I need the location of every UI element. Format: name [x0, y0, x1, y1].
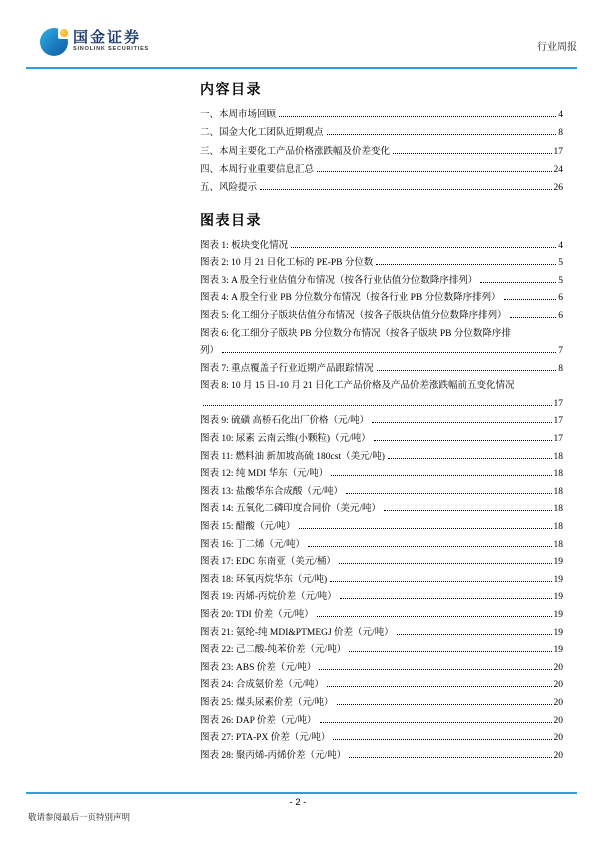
toc-entry-page: 19 — [554, 575, 564, 588]
logo-company-name-cn: 国金证券 — [73, 30, 149, 45]
content-toc-title: 内容目录 — [200, 79, 563, 99]
toc-entry-page: 20 — [554, 680, 564, 693]
toc-entry-label: 图表 2: 10 月 21 日化工标的 PE-PB 分位数 — [200, 254, 373, 271]
toc-entry-label: 图表 4: A 股全行业 PB 分位数分布情况（按各行业 PB 分位数降序排列） — [200, 289, 501, 306]
toc-entry-line[interactable]: 图表 5: 化工细分子版块估值分布情况（按各子版块估值分位数降序排列）6 — [200, 306, 563, 324]
toc-entry-line[interactable]: 图表 19: 丙烯-丙烷价差（元/吨）19 — [200, 588, 563, 606]
toc-entry-label: 列） — [200, 342, 219, 359]
toc-entry-label: 图表 7: 重点覆盖子行业近期产品跟踪情况 — [200, 360, 374, 377]
toc-leader-dots — [504, 299, 557, 300]
toc-entry-page: 19 — [554, 628, 564, 641]
toc-entry-line[interactable]: 图表 27: PTA-PX 价差（元/吨）20 — [200, 729, 563, 747]
toc-leader-dots — [480, 282, 556, 283]
toc-entry-label: 图表 20: TDI 价差（元/吨） — [200, 606, 314, 623]
toc-entry-label: 四、本周行业重要信息汇总 — [200, 161, 314, 178]
toc-entry-page: 20 — [554, 698, 564, 711]
toc-entry-page: 6 — [558, 293, 563, 306]
toc-entry-line[interactable]: 图表 9: 硫磺 高桥石化出厂价格（元/吨）17 — [200, 412, 563, 430]
toc-entry-page: 18 — [554, 487, 564, 500]
toc-entry-label: 图表 24: 合成氨价差（元/吨） — [200, 676, 324, 693]
page-header: 国金证券 SINOLINK SECURITIES 行业周报 — [40, 28, 577, 56]
figure-toc-title: 图表目录 — [200, 210, 563, 230]
logo-orange-dot-icon — [60, 29, 68, 37]
logo-text: 国金证券 SINOLINK SECURITIES — [73, 30, 149, 55]
toc-entry-label: 图表 11: 燃料油 新加坡高硫 180cst（美元/吨) — [200, 448, 385, 465]
toc-leader-dots — [393, 153, 551, 154]
toc-leader-dots — [346, 493, 551, 494]
toc-entry-line[interactable]: 一、本周市场回顾4 — [200, 105, 563, 123]
toc-entry-label: 图表 5: 化工细分子版块估值分布情况（按各子版块估值分位数降序排列） — [200, 307, 507, 324]
toc-entry-line[interactable]: 图表 21: 氨纶-纯 MDI&PTMEGJ 价差（元/吨）19 — [200, 623, 563, 641]
toc-entry-line[interactable]: 图表 20: TDI 价差（元/吨）19 — [200, 605, 563, 623]
toc-entry-label: 图表 23: ABS 价差（元/吨） — [200, 659, 316, 676]
toc-entry-page: 20 — [554, 733, 564, 746]
toc-leader-dots — [319, 669, 551, 670]
toc-entry-line[interactable]: 图表 25: 煤头尿素价差（元/吨）20 — [200, 693, 563, 711]
toc-leader-dots — [510, 317, 557, 318]
toc-entry-line[interactable]: 图表 6: 化工细分子版块 PB 分位数分布情况（按各子版块 PB 分位数降序排 — [200, 324, 563, 342]
toc-leader-dots — [222, 352, 556, 353]
toc-entry-line[interactable]: 二、国金大化工团队近期观点8 — [200, 123, 563, 141]
toc-leader-dots — [388, 458, 552, 459]
toc-entry-label: 图表 18: 环氧丙烷华东（元/吨) — [200, 571, 327, 588]
toc-entry-page: 18 — [554, 540, 564, 553]
toc-entry-page: 20 — [554, 663, 564, 676]
toc-entry-line[interactable]: 图表 11: 燃料油 新加坡高硫 180cst（美元/吨)18 — [200, 447, 563, 465]
toc-entry-line[interactable]: 三、本周主要化工产品价格涨跌幅及价差变化17 — [200, 141, 563, 159]
toc-leader-dots — [299, 528, 552, 529]
logo-company-name-en: SINOLINK SECURITIES — [73, 47, 149, 53]
toc-entry-line[interactable]: 图表 10: 尿素 云南云维(小颗粒)（元/吨）17 — [200, 429, 563, 447]
toc-entry-page: 20 — [554, 751, 564, 764]
toc-entry-line[interactable]: 图表 18: 环氧丙烷华东（元/吨)19 — [200, 570, 563, 588]
toc-entry-page: 19 — [554, 610, 564, 623]
toc-entry-label: 图表 14: 五氧化二磷印度合同价（美元/吨） — [200, 500, 381, 517]
toc-leader-dots — [377, 370, 557, 371]
toc-entry-label: 图表 19: 丙烯-丙烷价差（元/吨） — [200, 588, 337, 605]
toc-column: 内容目录 一、本周市场回顾4二、国金大化工团队近期观点8三、本周主要化工产品价格… — [200, 79, 563, 764]
toc-entry-label: 图表 21: 氨纶-纯 MDI&PTMEGJ 价差（元/吨） — [200, 624, 394, 641]
toc-entry-label: 图表 6: 化工细分子版块 PB 分位数分布情况（按各子版块 PB 分位数降序排 — [200, 325, 511, 342]
toc-entry-page: 17 — [554, 434, 564, 447]
toc-entry-line[interactable]: 图表 23: ABS 价差（元/吨）20 — [200, 658, 563, 676]
toc-entry-page: 5 — [558, 258, 563, 271]
toc-entry-page: 17 — [554, 399, 564, 412]
toc-entry-page: 4 — [558, 110, 563, 123]
toc-leader-dots — [279, 116, 556, 117]
toc-leader-dots — [327, 134, 557, 135]
toc-entry-line[interactable]: 图表 13: 盐酸华东合成酸（元/吨）18 — [200, 482, 563, 500]
toc-entry-page: 19 — [554, 645, 564, 658]
toc-leader-dots — [291, 247, 556, 248]
sinolink-logo-icon — [40, 28, 68, 56]
toc-entry-label: 图表 28: 聚丙烯-丙烯价差（元/吨） — [200, 747, 346, 764]
toc-leader-dots — [372, 422, 551, 423]
toc-entry-page: 24 — [554, 165, 564, 178]
toc-entry-label: 图表 15: 醋酸（元/吨） — [200, 518, 296, 535]
toc-entry-page: 18 — [554, 522, 564, 535]
toc-leader-dots — [308, 546, 551, 547]
toc-entry-label: 图表 13: 盐酸华东合成酸（元/吨） — [200, 483, 343, 500]
toc-leader-dots — [376, 264, 556, 265]
toc-leader-dots — [320, 722, 552, 723]
toc-entry-page: 18 — [554, 504, 564, 517]
toc-entry-label: 图表 17: EDC 东南亚（美元/桶） — [200, 553, 336, 570]
header-divider-line — [26, 67, 577, 69]
toc-entry-line[interactable]: 图表 24: 合成氨价差（元/吨）20 — [200, 676, 563, 694]
toc-entry-page: 20 — [554, 716, 564, 729]
toc-leader-dots — [330, 581, 551, 582]
sinolink-logo: 国金证券 SINOLINK SECURITIES — [40, 28, 149, 56]
toc-leader-dots — [327, 686, 551, 687]
toc-leader-dots — [331, 475, 551, 476]
toc-entry-page: 18 — [554, 469, 564, 482]
toc-entry-label: 图表 16: 丁二烯（元/吨） — [200, 536, 305, 553]
toc-entry-label: 图表 27: PTA-PX 价差（元/吨） — [200, 729, 330, 746]
toc-entry-line[interactable]: 图表 22: 己二酸-纯苯价差（元/吨）19 — [200, 641, 563, 659]
toc-entry-line[interactable]: 图表 28: 聚丙烯-丙烯价差（元/吨）20 — [200, 746, 563, 764]
footer-divider-line — [26, 792, 577, 794]
toc-leader-dots — [384, 510, 551, 511]
toc-entry-label: 三、本周主要化工产品价格涨跌幅及价差变化 — [200, 143, 390, 160]
toc-leader-dots — [349, 651, 551, 652]
toc-entry-label: 图表 10: 尿素 云南云维(小颗粒)（元/吨） — [200, 430, 371, 447]
toc-entry-page: 17 — [554, 147, 564, 160]
toc-leader-dots — [260, 189, 551, 190]
toc-leader-dots — [397, 634, 552, 635]
toc-leader-dots — [339, 563, 552, 564]
toc-entry-page: 5 — [558, 276, 563, 289]
footer-disclaimer: 敬请参阅最后一页特别声明 — [28, 811, 130, 823]
toc-entry-page: 7 — [558, 346, 563, 359]
toc-leader-dots — [333, 739, 551, 740]
toc-leader-dots — [317, 616, 552, 617]
toc-entry-label: 一、本周市场回顾 — [200, 106, 276, 123]
toc-entry-line[interactable]: 图表 8: 10 月 15 日-10 月 21 日化工产品价格及产品价差涨跌幅前… — [200, 377, 563, 395]
toc-leader-dots — [374, 440, 552, 441]
toc-entry-line[interactable]: 图表 17: EDC 东南亚（美元/桶）19 — [200, 553, 563, 571]
toc-entry-line[interactable]: 五、风险提示26 — [200, 178, 563, 196]
toc-entry-page: 6 — [558, 311, 563, 324]
toc-entry-line[interactable]: 图表 2: 10 月 21 日化工标的 PE-PB 分位数5 — [200, 254, 563, 272]
toc-leader-dots — [349, 757, 551, 758]
toc-entry-label: 图表 9: 硫磺 高桥石化出厂价格（元/吨） — [200, 412, 369, 429]
toc-entry-line[interactable]: 图表 15: 醋酸（元/吨）18 — [200, 517, 563, 535]
toc-entry-label: 图表 3: A 股全行业估值分布情况（按各行业估值分位数降序排列） — [200, 272, 477, 289]
content-toc-list: 一、本周市场回顾4二、国金大化工团队近期观点8三、本周主要化工产品价格涨跌幅及价… — [200, 105, 563, 196]
toc-entry-page: 19 — [554, 592, 564, 605]
toc-entry-page: 8 — [558, 128, 563, 141]
toc-leader-dots — [337, 704, 552, 705]
toc-entry-page: 8 — [558, 364, 563, 377]
toc-entry-page: 4 — [558, 241, 563, 254]
toc-entry-label: 图表 22: 己二酸-纯苯价差（元/吨） — [200, 641, 346, 658]
toc-entry-line[interactable]: 图表 14: 五氧化二磷印度合同价（美元/吨）18 — [200, 500, 563, 518]
toc-leader-dots — [203, 405, 552, 406]
toc-entry-line[interactable]: 17 — [200, 394, 563, 412]
figure-toc-list: 图表 1: 板块变化情况4图表 2: 10 月 21 日化工标的 PE-PB 分… — [200, 236, 563, 764]
toc-entry-line[interactable]: 图表 16: 丁二烯（元/吨）18 — [200, 535, 563, 553]
page-number: - 2 - — [0, 797, 596, 808]
toc-entry-page: 19 — [554, 557, 564, 570]
toc-entry-page: 18 — [554, 452, 564, 465]
toc-entry-label: 图表 8: 10 月 15 日-10 月 21 日化工产品价格及产品价差涨跌幅前… — [200, 377, 515, 394]
toc-entry-label: 图表 26: DAP 价差（元/吨） — [200, 712, 317, 729]
toc-entry-page: 17 — [554, 416, 564, 429]
toc-leader-dots — [340, 598, 552, 599]
toc-entry-line[interactable]: 图表 12: 纯 MDI 华东（元/吨）18 — [200, 465, 563, 483]
toc-entry-label: 五、风险提示 — [200, 179, 257, 196]
toc-entry-label: 图表 25: 煤头尿素价差（元/吨） — [200, 694, 334, 711]
toc-entry-line[interactable]: 四、本周行业重要信息汇总24 — [200, 160, 563, 178]
toc-entry-label: 图表 1: 板块变化情况 — [200, 237, 288, 254]
toc-entry-line[interactable]: 图表 7: 重点覆盖子行业近期产品跟踪情况8 — [200, 359, 563, 377]
toc-entry-line[interactable]: 图表 26: DAP 价差（元/吨）20 — [200, 711, 563, 729]
toc-leader-dots — [317, 171, 551, 172]
toc-entry-line[interactable]: 图表 4: A 股全行业 PB 分位数分布情况（按各行业 PB 分位数降序排列）… — [200, 289, 563, 307]
report-type-label: 行业周报 — [537, 38, 577, 56]
toc-entry-label: 二、国金大化工团队近期观点 — [200, 124, 324, 141]
toc-entry-line[interactable]: 图表 3: A 股全行业估值分布情况（按各行业估值分位数降序排列）5 — [200, 271, 563, 289]
toc-entry-line[interactable]: 图表 1: 板块变化情况4 — [200, 236, 563, 254]
toc-entry-page: 26 — [554, 183, 564, 196]
toc-entry-label: 图表 12: 纯 MDI 华东（元/吨） — [200, 465, 328, 482]
toc-entry-line[interactable]: 列）7 — [200, 342, 563, 360]
